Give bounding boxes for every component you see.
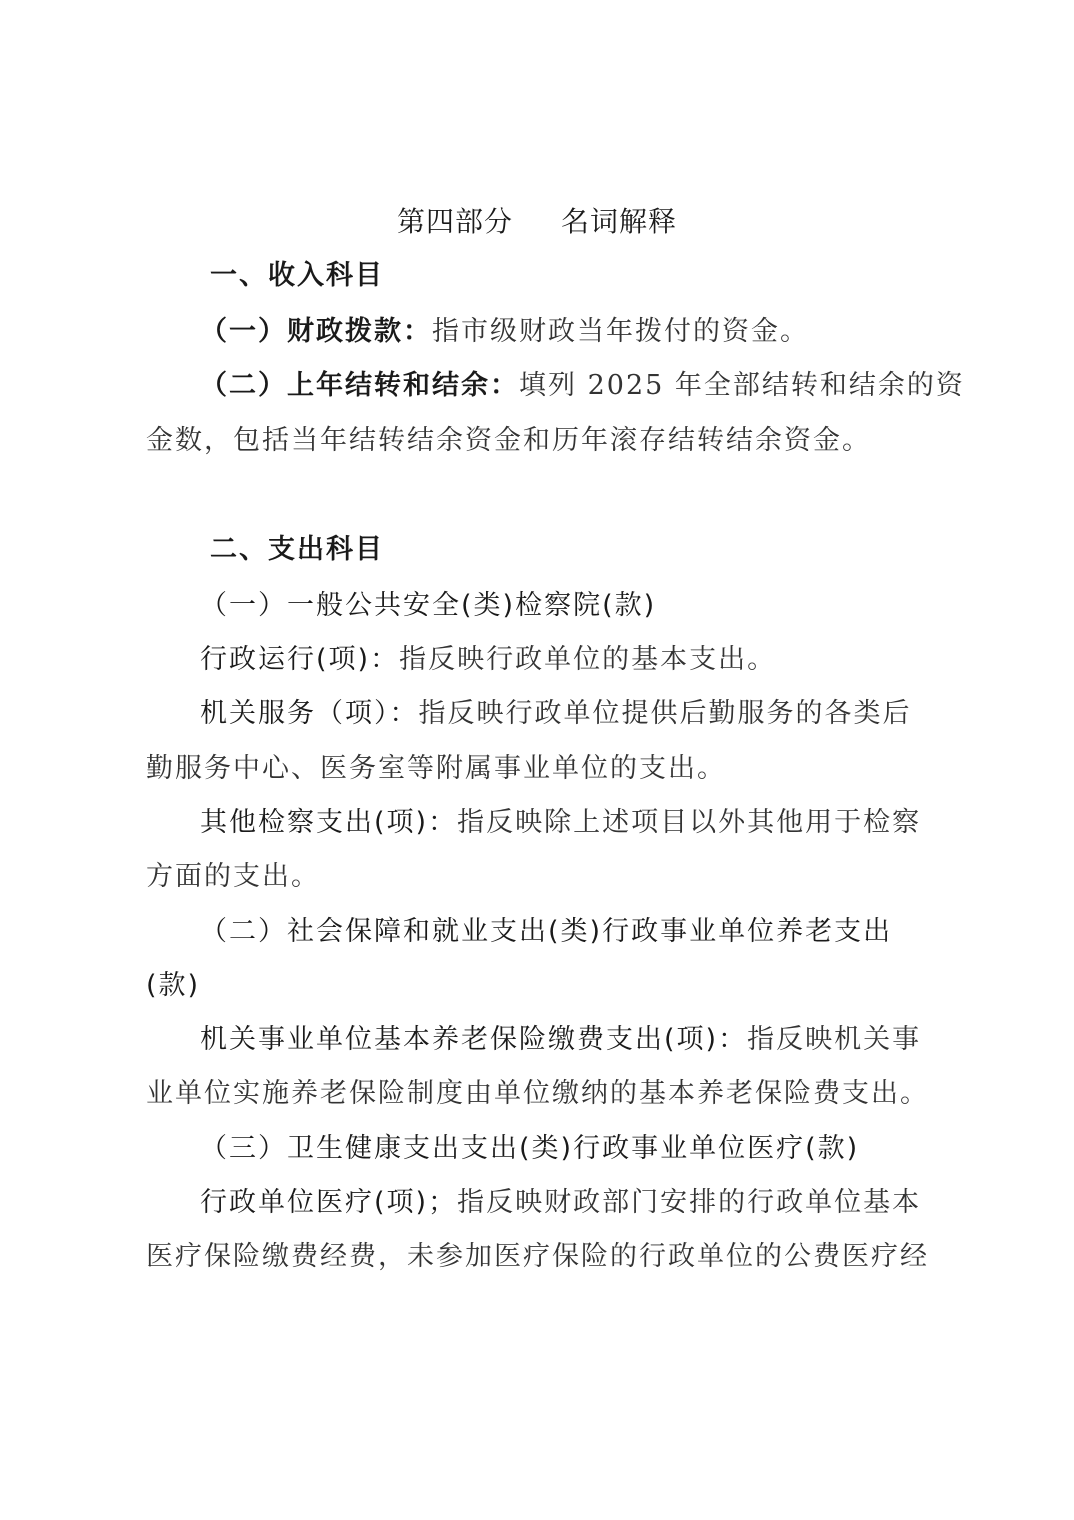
term-pension-contribution: 机关事业单位基本养老保险缴费支出(项)：指反映机关事 bbox=[200, 1022, 921, 1058]
term-fiscal-appropriation: （一）财政拨款：指市级财政当年拨付的资金。 bbox=[200, 314, 809, 350]
title-name: 名词解释 bbox=[561, 205, 677, 238]
term-definition: 指反映行政单位的基本支出。 bbox=[399, 644, 776, 675]
term-other-procuratorate: 其他检察支出(项)：指反映除上述项目以外其他用于检察 bbox=[200, 805, 921, 841]
term-agency-services: 机关服务（项）：指反映行政单位提供后勤服务的各类后 bbox=[200, 696, 912, 732]
term-label: 机关事业单位基本养老保险缴费支出(项)： bbox=[200, 1024, 747, 1055]
subsection-public-security: （一）一般公共安全(类)检察院(款) bbox=[200, 588, 656, 624]
term-definition: 指反映财政部门安排的行政单位基本 bbox=[457, 1187, 921, 1218]
term-definition: 指反映除上述项目以外其他用于检察 bbox=[457, 807, 921, 838]
term-definition-continued: 业单位实施养老保险制度由单位缴纳的基本养老保险费支出。 bbox=[146, 1076, 929, 1112]
term-admin-operation: 行政运行(项)：指反映行政单位的基本支出。 bbox=[200, 642, 776, 678]
term-admin-medical: 行政单位医疗(项)；指反映财政部门安排的行政单位基本 bbox=[200, 1185, 921, 1221]
subsection-social-security: （二）社会保障和就业支出(类)行政事业单位养老支出 bbox=[200, 914, 892, 950]
term-label: 其他检察支出(项)： bbox=[200, 807, 457, 838]
section-expense-heading: 二、支出科目 bbox=[210, 532, 384, 568]
title-part: 第四部分 bbox=[397, 205, 513, 238]
term-definition: 指市级财政当年拨付的资金。 bbox=[432, 316, 809, 347]
term-carryover: （二）上年结转和结余：填列 2025 年全部结转和结余的资 bbox=[200, 368, 965, 404]
term-label: （一）财政拨款： bbox=[200, 316, 432, 347]
subsection-health: （三）卫生健康支出支出(类)行政事业单位医疗(款) bbox=[200, 1131, 859, 1167]
term-definition: 指反映机关事 bbox=[747, 1024, 921, 1055]
term-definition-continued: 勤服务中心、医务室等附属事业单位的支出。 bbox=[146, 751, 726, 787]
term-label: 行政单位医疗(项)； bbox=[200, 1187, 457, 1218]
term-label: （二）上年结转和结余： bbox=[200, 370, 519, 401]
term-definition: 指反映行政单位提供后勤服务的各类后 bbox=[419, 698, 912, 729]
term-definition-continued: 金数，包括当年结转结余资金和历年滚存结转结余资金。 bbox=[146, 423, 871, 459]
term-label: 机关服务（项）： bbox=[200, 698, 419, 729]
term-definition-continued: 方面的支出。 bbox=[146, 859, 320, 895]
page-title: 第四部分名词解释 bbox=[0, 204, 1074, 240]
term-definition-continued: 医疗保险缴费经费，未参加医疗保险的行政单位的公费医疗经 bbox=[146, 1239, 929, 1275]
subsection-heading-continued: (款) bbox=[146, 968, 200, 1004]
section-income-heading: 一、收入科目 bbox=[210, 258, 384, 294]
term-label: 行政运行(项)： bbox=[200, 644, 399, 675]
term-definition: 填列 2025 年全部结转和结余的资 bbox=[519, 370, 965, 401]
